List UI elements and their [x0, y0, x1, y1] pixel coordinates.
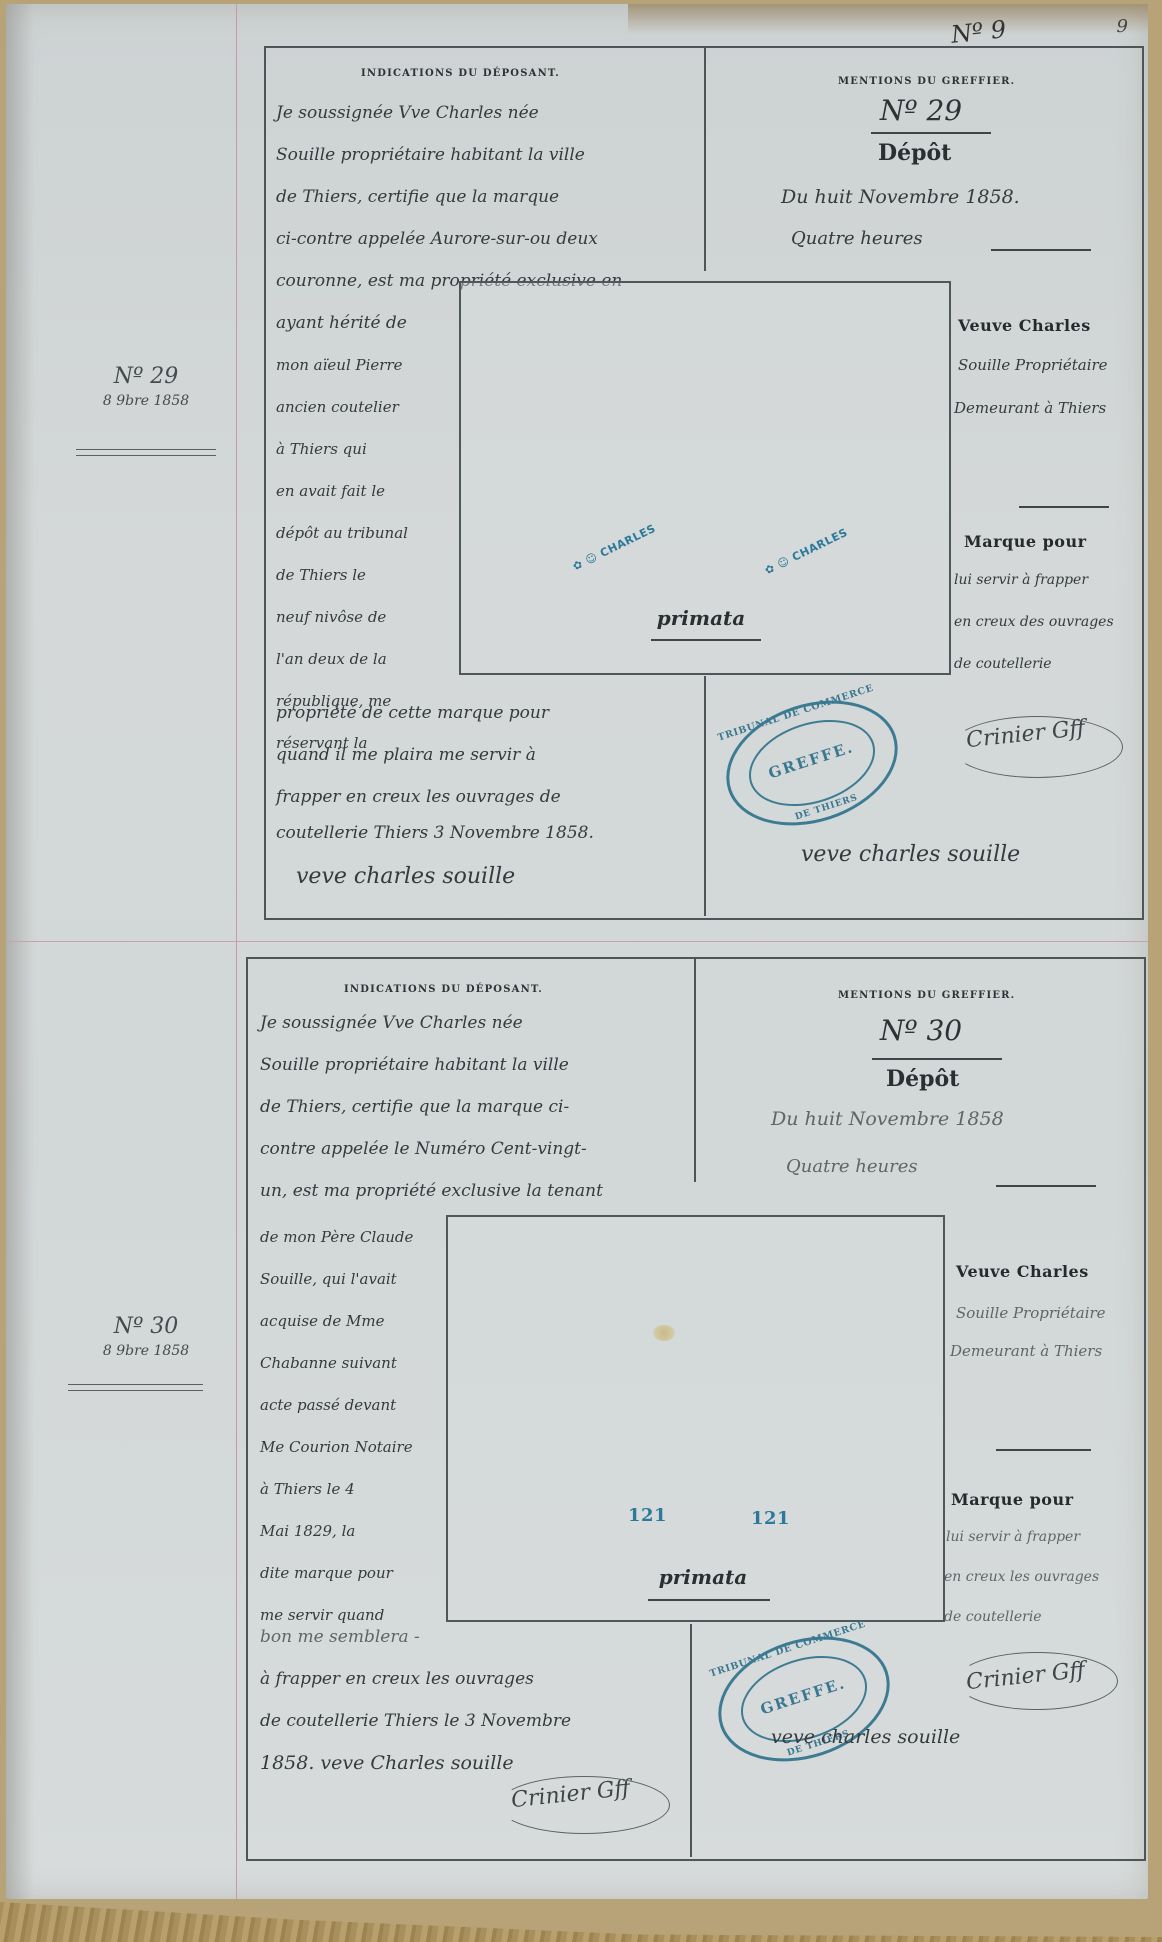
deposit-time: Quatre heures: [786, 1146, 918, 1188]
clerk-depositor-line: Veuve Charles: [958, 316, 1091, 335]
statement-line: de mon Père Claude: [260, 1216, 413, 1258]
mark-label-underline: [648, 1599, 770, 1601]
clerk-purpose-line: lui servir à frapper: [946, 1516, 1080, 1558]
clerk-purpose-line: Marque pour: [951, 1490, 1074, 1509]
signature-flourish: [498, 1776, 670, 1834]
margin-entry-note: Nº 29 8 9bre 1858: [61, 364, 231, 409]
clerk-heading: MENTIONS DU GREFFIER.: [838, 990, 1015, 1001]
statement-line: à frapper en creux les ouvrages: [260, 1658, 534, 1700]
clerk-depositor-line: Veuve Charles: [956, 1262, 1089, 1281]
statement-line: de coutellerie Thiers le 3 Novembre: [260, 1700, 571, 1742]
statement-line: l'an deux de la: [276, 638, 387, 680]
signature-flourish: [956, 1652, 1118, 1710]
clerk-purpose-line: de coutellerie: [954, 643, 1052, 685]
statement-line: de Thiers, certifie que la marque: [276, 176, 559, 218]
clerk-heading: MENTIONS DU GREFFIER.: [838, 76, 1015, 87]
clerk-depositor-line: Souille Propriétaire: [956, 1292, 1106, 1334]
mark-name-label: primata: [651, 606, 751, 630]
statement-line: Souille propriétaire habitant la ville: [260, 1044, 569, 1086]
statement-line: acquise de Mme: [260, 1300, 384, 1342]
register-page: Nº 9 9 Nº 29 8 9bre 1858 INDICATIONS DU …: [6, 4, 1148, 1899]
clerk-purpose-line: en creux des ouvrages: [954, 601, 1114, 643]
statement-line: à Thiers le 4: [260, 1468, 355, 1510]
margin-entry-note: Nº 30 8 9bre 1858: [61, 1314, 231, 1359]
column-divider-top: [694, 957, 696, 1182]
trademark-stamp: ✿ ☺ CHARLES: [571, 522, 658, 573]
page-number: 9: [1117, 16, 1128, 37]
number-underline: [871, 132, 991, 134]
trademark-stamp: 121: [751, 1508, 790, 1529]
statement-line: contre appelée le Numéro Cent-vingt-: [260, 1128, 587, 1170]
depot-label: Dépôt: [886, 1066, 959, 1092]
statement-line: Je soussignée Vve Charles née: [260, 1002, 523, 1044]
rule: [991, 249, 1091, 251]
number-underline: [872, 1058, 1002, 1060]
margin-entry-date: 8 9bre 1858: [61, 393, 231, 409]
clerk-depositor-line: Souille Propriétaire: [958, 344, 1108, 386]
depot-label: Dépôt: [878, 140, 951, 166]
statement-line: de Thiers le: [276, 554, 366, 596]
margin-entry-date: 8 9bre 1858: [61, 1343, 231, 1359]
depositor-heading: INDICATIONS DU DÉPOSANT.: [361, 68, 560, 79]
clerk-entry-number: Nº 29: [836, 94, 1006, 127]
column-divider-bottom: [704, 676, 706, 916]
trademark-stamp: 121: [628, 1505, 667, 1526]
clerk-purpose-line: Marque pour: [964, 532, 1087, 551]
clerk-entry-number: Nº 30: [836, 1014, 1006, 1047]
statement-line: à Thiers qui: [276, 428, 367, 470]
statement-line: bon me semblera -: [260, 1616, 420, 1658]
clerk-purpose-line: lui servir à frapper: [954, 559, 1088, 601]
deposit-date: Du huit Novembre 1858: [771, 1098, 1004, 1140]
depositor-signature: veve charles souille: [296, 856, 515, 898]
margin-rule-horizontal: [6, 941, 1148, 942]
margin-entry-number: Nº 29: [61, 364, 231, 389]
clerk-depositor-line: Demeurant à Thiers: [950, 1330, 1102, 1372]
trademark-stamp: ✿ ☺ CHARLES: [763, 526, 850, 577]
clerk-purpose-line: en creux les ouvrages: [944, 1556, 1099, 1598]
mark-name-label: primata: [648, 1565, 758, 1589]
statement-line: ayant hérité de: [276, 302, 407, 344]
depositor-heading: INDICATIONS DU DÉPOSANT.: [344, 984, 543, 995]
statement-line: 1858. veve Charles souille: [260, 1742, 514, 1784]
statement-line: Me Courion Notaire: [260, 1426, 413, 1468]
statement-line: dépôt au tribunal: [276, 512, 408, 554]
statement-line: en avait fait le: [276, 470, 385, 512]
trademark-impression-box: ✿ ☺ CHARLES ✿ ☺ CHARLES primata: [459, 281, 951, 675]
book-edge-background: [0, 1892, 1162, 1942]
margin-double-rule: [76, 449, 216, 456]
top-edge-stain: [628, 4, 1148, 34]
signature-flourish: [951, 716, 1123, 778]
clerk-purpose-line: de coutellerie: [944, 1596, 1042, 1638]
margin-rule-vertical: [236, 4, 237, 1899]
statement-line: un, est ma propriété exclusive la tenant: [260, 1170, 603, 1212]
trademark-impression-box: 121 121 primata: [446, 1215, 945, 1622]
statement-line: ci-contre appelée Aurore-sur-ou deux: [276, 218, 598, 260]
paper-stain: [653, 1325, 675, 1341]
statement-line: Je soussignée Vve Charles née: [276, 92, 539, 134]
statement-line: mon aïeul Pierre: [276, 344, 403, 386]
statement-line: de Thiers, certifie que la marque ci-: [260, 1086, 569, 1128]
depositor-signature-clerk: veve charles souille: [801, 834, 1020, 876]
mark-label-underline: [651, 639, 761, 641]
folio-annotation: Nº 9: [950, 15, 1008, 49]
rule: [996, 1185, 1096, 1187]
statement-line: propriété de cette marque pour: [276, 692, 549, 734]
depositor-signature-clerk: veve charles souille: [771, 1716, 960, 1758]
seal-center-text: GREFFE.: [727, 725, 894, 795]
statement-line: Souille propriétaire habitant la ville: [276, 134, 585, 176]
statement-line: neuf nivôse de: [276, 596, 386, 638]
statement-line: acte passé devant: [260, 1384, 396, 1426]
rule: [996, 1449, 1091, 1451]
rule: [1019, 506, 1109, 508]
statement-line: dite marque pour: [260, 1552, 393, 1594]
statement-line: coutellerie Thiers 3 Novembre 1858.: [276, 812, 594, 854]
deposit-time: Quatre heures: [791, 218, 923, 260]
column-divider-top: [704, 46, 706, 271]
statement-line: ancien coutelier: [276, 386, 399, 428]
column-divider-bottom: [690, 1624, 692, 1857]
deposit-date: Du huit Novembre 1858.: [781, 176, 1020, 218]
statement-line: Mai 1829, la: [260, 1510, 355, 1552]
clerk-depositor-line: Demeurant à Thiers: [954, 387, 1106, 429]
statement-line: Souille, qui l'avait: [260, 1258, 397, 1300]
margin-double-rule: [68, 1384, 203, 1391]
statement-line: quand il me plaira me servir à: [276, 734, 536, 776]
statement-line: Chabanne suivant: [260, 1342, 397, 1384]
margin-entry-number: Nº 30: [61, 1314, 231, 1339]
